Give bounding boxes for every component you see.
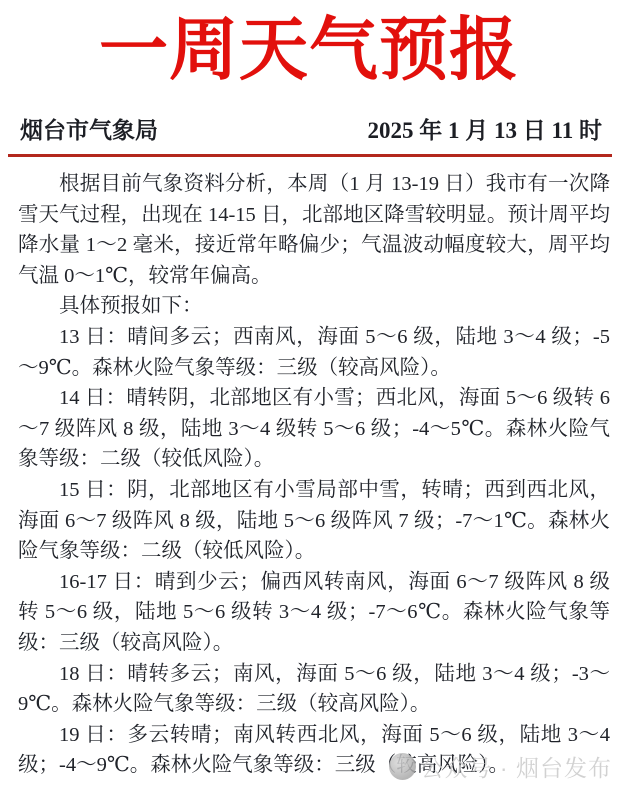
forecast-day-15: 15 日：阴，北部地区有小雪局部中雪，转晴；西到西北风，海面 6～7 级阵风 8… (18, 475, 610, 567)
forecast-body: 根据目前气象资料分析，本周（1 月 13-19 日）我市有一次降雪天气过程，出现… (18, 169, 610, 781)
forecast-day-18: 18 日：晴转多云；南风，海面 5～6 级，陆地 3～4 级；-3～9℃。森林火… (18, 659, 610, 720)
forecast-lead-line: 具体预报如下： (18, 291, 610, 322)
forecast-day-19: 19 日：多云转晴；南风转西北风，海面 5～6 级，陆地 3～4 级；-4～9℃… (18, 720, 610, 781)
header-divider (8, 154, 612, 157)
forecast-day-13: 13 日：晴间多云；西南风，海面 5～6 级，陆地 3～4 级；-5～9℃。森林… (18, 322, 610, 383)
agency-name: 烟台市气象局 (20, 112, 158, 145)
issue-datetime: 2025 年 1 月 13 日 11 时 (368, 112, 602, 145)
document-header: 烟台市气象局 2025 年 1 月 13 日 11 时 (20, 112, 602, 145)
forecast-day-14: 14 日：晴转阴，北部地区有小雪；西北风，海面 5～6 级转 6～7 级阵风 8… (18, 383, 610, 475)
page-title: 一周天气预报 (0, 4, 618, 96)
forecast-day-16-17: 16-17 日：晴到少云；偏西风转南风，海面 6～7 级阵风 8 级转 5～6 … (18, 567, 610, 659)
intro-paragraph: 根据目前气象资料分析，本周（1 月 13-19 日）我市有一次降雪天气过程，出现… (18, 169, 610, 291)
weather-forecast-document: 一周天气预报 烟台市气象局 2025 年 1 月 13 日 11 时 根据目前气… (0, 0, 618, 795)
